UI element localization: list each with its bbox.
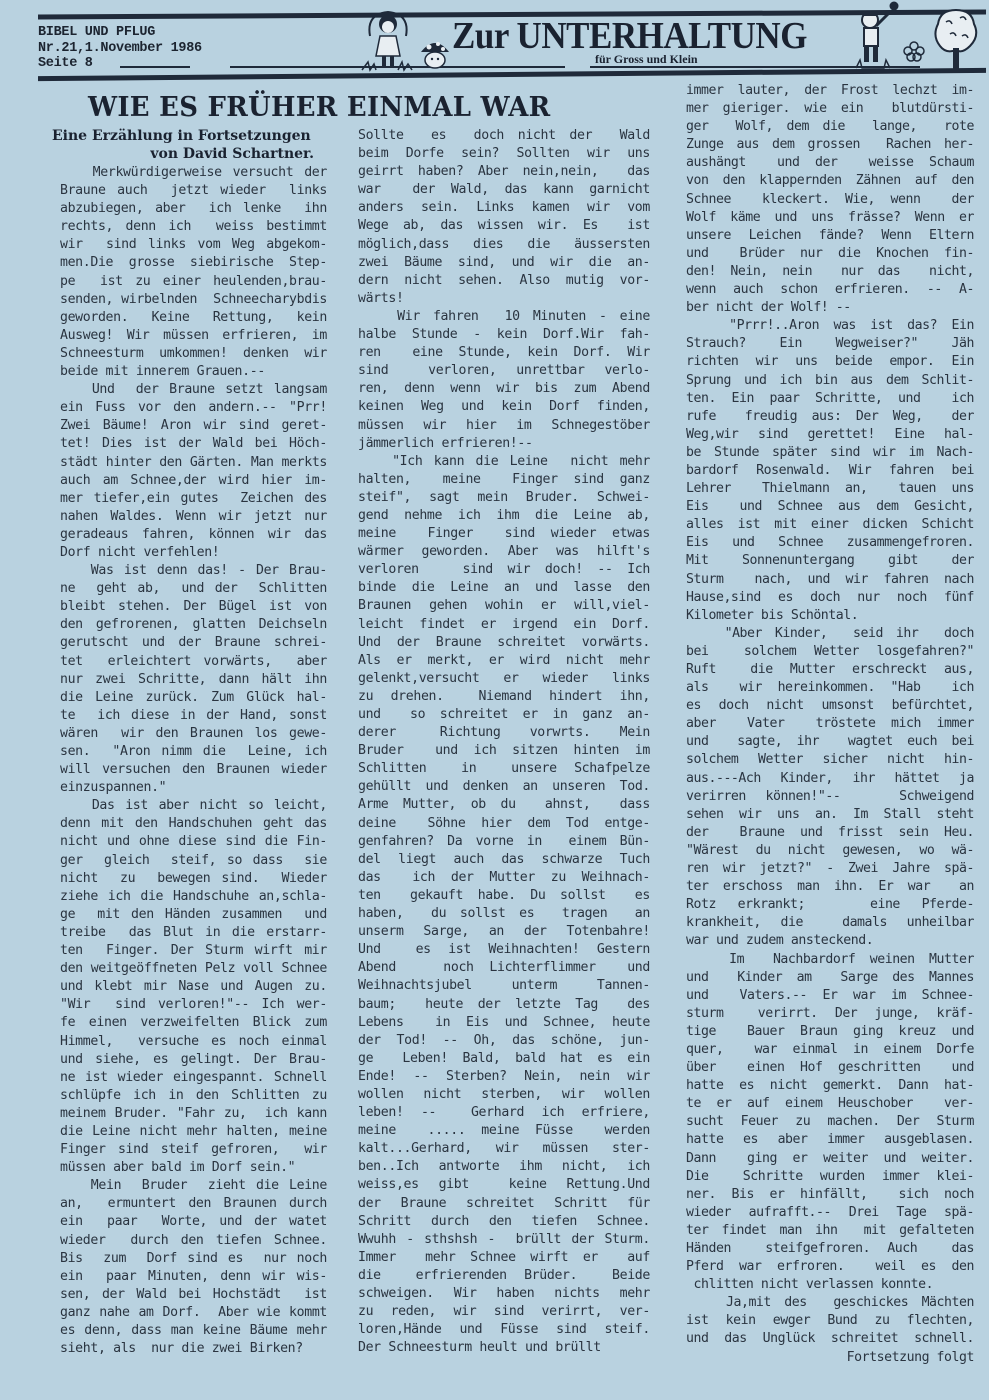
text-line: Himmel, versuche es noch einmal [60,1033,327,1051]
text-line: Und der Braune setzt langsam [60,381,327,399]
text-line: Und es ist Weihnachten! Gestern [358,941,650,959]
text-line: einzuspannen." [60,779,327,797]
text-line: ein paar Worte, und der watet [60,1213,327,1231]
text-line: derer Richtung vorwrts. Mein [358,724,650,742]
text-line: del liegt auch das schwarze Tuch [358,851,650,869]
text-line: ber nicht der Wolf! -- [686,299,974,317]
text-line: leicht findet er irgend ein Dorf. [358,616,650,634]
text-line: müssen aber bald im Dorf sein." [60,1159,327,1177]
text-line: leben! -- Gerhard ich erfriere, [358,1104,650,1122]
text-line: men.Die grosse siebirische Step- [60,254,327,272]
text-line: Zwei Bäume! Aron wir sind geret- [60,417,327,435]
text-line: ren eine Stunde, kein Dorf. Wir [358,344,650,362]
text-line: chlitten nicht verlassen konnte. [686,1276,974,1294]
text-line: krankheit, die damals unheilbar [686,914,974,932]
text-line: es denn, dass man keine Bäume mehr [60,1322,327,1340]
text-line: ge mit den Händen zusammen und [60,906,327,924]
text-line: Arme Mutter, ob du ahnst, dass [358,796,650,814]
text-line: "Ich kann die Leine nicht mehr [358,453,650,471]
text-line: Wir fahren 10 Minuten - eine [358,308,650,326]
text-line: bei solchem Wetter losgefahren?" [686,643,974,661]
text-line: nur zwei Schritte, dann hält ihn [60,671,327,689]
text-line: Und der Braune schreitet vorwärts. [358,634,650,652]
text-line: sehen wir uns an. Im Stall steht [686,806,974,824]
text-line: sen. "Aron nimm die Leine, ich [60,743,327,761]
text-line: Bis zum Dorf sind es nur noch [60,1250,327,1268]
text-line: den gefrorenen, glatten Deichseln [60,616,327,634]
text-line: jämmerlich erfrieren!-- [358,435,650,453]
text-line: Ausweg! Wir müssen erfrieren, im [60,327,327,345]
text-line: ren wir jetzt?" - Zwei Jahre spä- [686,860,974,878]
text-line: beide mit innerem Grauen.-- [60,363,327,381]
text-line: Sollte es doch nicht der Wald [358,127,650,145]
text-line: hatte es aber immer ausgeblasen. [686,1131,974,1149]
text-line: ner. Bis er hinfällt, sich noch [686,1186,974,1204]
text-line: halbe Stunde - kein Dorf.Wir fah- [358,326,650,344]
text-line: der Braune und frisst sein Heu. [686,824,974,842]
text-line: und das Unglück schreitet schnell. [686,1330,974,1348]
text-line: aushängt und der weisse Schaum [686,154,974,172]
text-line: Weg,wir sind gerettet! Eine hal- [686,426,974,444]
text-line: Schneesturm umkommen! denken wir [60,345,327,363]
text-line: Schlitten in unsere Schafpelze [358,760,650,778]
text-line: ist kein ewger Bund zu flechten, [686,1312,974,1330]
text-line: die erfrierenden Brüder. Beide [358,1267,650,1285]
text-line: be Stunde später sind wir im Nach- [686,444,974,462]
text-line: Lebens in Eis und Schnee, heute [358,1014,650,1032]
text-line: die Leine nicht mehr halten, meine [60,1123,327,1141]
text-line: und so schreitet er in ganz an- [358,706,650,724]
text-line: zwei Bäume sind, und wir die an- [358,254,650,272]
text-line: abzubiegen, aber ich lenke ihn [60,200,327,218]
text-line: ter findet man ihn mit gefalteten [686,1222,974,1240]
text-line: Bruder und ich sitzen hinten im [358,742,650,760]
text-line: es doch nicht umsonst befürchtet, [686,697,974,715]
text-line: meine Finger sind wieder etwas [358,525,650,543]
text-line: städt hinter den Gärten. Man merkts [60,454,327,472]
text-line: ger Wolf, dem die lange, rote [686,118,974,136]
text-line: haben, du sollst es tragen an [358,905,650,923]
text-line: tet erleichtert vorwärts, aber [60,653,327,671]
text-line: Mit Sonnenuntergang gibt der [686,552,974,570]
text-line: das ich der Mutter zu Weihnach- [358,869,650,887]
text-line: Dorf nicht verfehlen! [60,544,327,562]
text-line: an, ermuntert den Braunen durch [60,1195,327,1213]
text-line: Ruft die Mutter erschreckt aus, [686,661,974,679]
text-line: tet! Dies ist der Wald bei Höch- [60,435,327,453]
text-line: tige Bauer Braun ging kreuz und [686,1023,974,1041]
text-line: Wege ab, das wissen wir. Es ist [358,217,650,235]
text-line: meine ..... meine Füsse werden [358,1122,650,1140]
text-line: keinen Weg und kein Dorf finden, [358,398,650,416]
text-line: auch am Schnee,der wird hier im- [60,472,327,490]
mushroom-illustration [418,36,452,70]
text-line: ne geht ab, und der Schlitten [60,580,327,598]
text-line: müssen wir hier im Schnegestöber [358,417,650,435]
text-line: Im Nachbardorf weinen Mutter [686,951,974,969]
text-line: verirren können!"-- Schweigend [686,788,974,806]
text-line: wieder aufrafft.-- Drei Tage spä- [686,1204,974,1222]
text-line: sieht, als nur die zwei Birken? [60,1340,327,1358]
flower-illustration [903,40,925,64]
text-line: ge Leben! Bald, bald hat es ein [358,1050,650,1068]
article-column-3: immer lauter, der Frost lechzt im-mer gi… [686,82,974,1367]
text-line: nicht und ohne diese sind die Fin- [60,833,327,851]
boy-with-ball-illustration [856,0,906,72]
text-line: senden, wirbelnden Schneecharybdis [60,291,327,309]
text-line: den weitgeöffneten Pelz voll Schnee [60,960,327,978]
text-line: Strauch? Ein Wegweiser?" Jäh [686,335,974,353]
text-line: Händen steifgefroren. Auch das [686,1240,974,1258]
text-line: beim Dorfe sein? Sollten wir uns [358,145,650,163]
text-line: pe ist zu einer heulenden,brau- [60,273,327,291]
text-line: Hause,sind es doch nur noch fünf [686,589,974,607]
text-line: über einen Hof geschritten und [686,1059,974,1077]
text-line: baum; heute der letzte Tag des [358,996,650,1014]
text-line: Wolf käme und uns frässe? Wenn er [686,209,974,227]
text-line: wären wir den Braunen los gewe- [60,725,327,743]
article-subtitle-line: Eine Erzählung in Fortsetzungen [52,127,322,145]
text-line: Kilometer bis Schöntal. [686,607,974,625]
text-line: solchem Wetter sicher nicht hin- [686,751,974,769]
text-line: nicht zu bewegen sind. Wieder [60,870,327,888]
text-line: ten gekauft habe. Du sollst es [358,887,650,905]
text-line: binde die Leine an und lasse den [358,579,650,597]
text-line: den! Nein, nein nur das nicht, [686,263,974,281]
text-line: fe einen verzweifelten Blick zum [60,1014,327,1032]
text-line: ter erschoss man ihn. Er war an [686,878,974,896]
text-line: Mein Bruder zieht die Leine [60,1177,327,1195]
text-line: quer, war einmal in einem Dorfe [686,1041,974,1059]
text-line: Finger sind steif gefroren, wir [60,1141,327,1159]
text-line: und sagte, ihr wagtet euch bei [686,733,974,751]
text-line: bardorf Rosenwald. Wir fahren bei [686,462,974,480]
text-line: mer tiefer,ein gutes Zeichen des [60,490,327,508]
page-number: Seite 8 [38,56,202,72]
text-line: war und zudem ansteckend. [686,932,974,950]
article-subtitle: Eine Erzählung in Fortsetzungen von Davi… [52,127,322,163]
text-line: schlüpfe ich in den Schlitten zu [60,1087,327,1105]
text-line: halten, meine Finger sind ganz [358,471,650,489]
text-line: "Wärest du nicht gewesen, wo wä- [686,842,974,860]
text-line: gend nehme ich ihm die Leine ab, [358,507,650,525]
text-line: ziehe ich die Handschuhe an,schla- [60,888,327,906]
text-line: Weihnachtsjubel unterm Tannen- [358,977,650,995]
text-line: und siehe, es gelingt. Der Brau- [60,1051,327,1069]
article-byline: von David Schartner. [52,145,322,163]
text-line: und Kinder am Sarge des Mannes [686,969,974,987]
text-line: bleibt stehen. Der Bügel ist von [60,598,327,616]
text-line: ten Finger. Der Sturm wirft mir [60,942,327,960]
text-line: unsere Leichen fände? Wenn Eltern [686,227,974,245]
text-line: Ja,mit des geschickes Mächten [686,1294,974,1312]
text-line: und Brüder nur die Knochen fin- [686,245,974,263]
text-line: Schnee kleckert. Wie, wenn der [686,191,974,209]
text-line: gehüllt und denken an unseren Tod. [358,778,650,796]
issue-date: Nr.21,1.November 1986 [38,41,202,57]
text-line: Rotz erkrankt; eine Pferde- [686,896,974,914]
text-line: Sturm nach, und wir fahren nach [686,571,974,589]
text-line: Eis und Schnee aus dem Gesicht, [686,498,974,516]
text-line: Dann ging er weiter und weiter. [686,1150,974,1168]
text-line: ein paar Minuten, denn wir wis- [60,1268,327,1286]
text-line: Ende! -- Sterben? Nein, nein wir [358,1068,650,1086]
text-line: als wir hereinkommen. "Hab ich [686,679,974,697]
publication-info: BIBEL UND PFLUG Nr.21,1.November 1986 Se… [38,25,202,72]
section-subtitle: für Gross und Klein [595,52,698,67]
text-line: wieder durch den tiefen Schnee. [60,1232,327,1250]
text-line: ganz nahe am Dorf. Aber wie kommt [60,1304,327,1322]
text-line: wenn auch schon erfrieren. -- A- [686,281,974,299]
article-column-2: Sollte es doch nicht der Waldbeim Dorfe … [358,127,650,1357]
text-line: rufe freudig aus: Der Weg, der [686,408,974,426]
text-line: zu drehen. Niemand hindert ihn, [358,688,650,706]
text-line: wollen nicht sterben, wir wollen [358,1086,650,1104]
text-line: denn mit den Handschuhen geht das [60,815,327,833]
text-line: gelenkt,versucht er wieder links [358,670,650,688]
text-line: schweigen. Wir haben nichts mehr [358,1285,650,1303]
text-line: gerutscht und der Braune schrei- [60,634,327,652]
text-line: sen, der Wald bei Hochstädt ist [60,1286,327,1304]
text-line: die Leine zurück. Zum Glück hal- [60,689,327,707]
text-line: Braunen gehen wohin er will,viel- [358,597,650,615]
text-line: geirrt haben? Aber nein,nein, das [358,163,650,181]
text-line: kalt...Gerhard, wir müssen ster- [358,1140,650,1158]
text-line: immer lauter, der Frost lechzt im- [686,82,974,100]
text-line: wärmer geworden. Aber was hilft's [358,543,650,561]
text-line: und Vaters.-- Er war im Schnee- [686,987,974,1005]
text-line: "Prrr!..Aron was ist das? Ein [686,317,974,335]
text-line: treibe das Blut in die erstarr- [60,924,327,942]
text-line: "Wir sind verloren!"-- Ich wer- [60,996,327,1014]
text-line: sind verloren, unrettbar verlo- [358,362,650,380]
tree-illustration [932,6,980,74]
text-line: ne ist wieder eingespannt. Schnell [60,1069,327,1087]
text-line: ein Fuss vor den andern.-- "Prr! [60,399,327,417]
text-line: Das ist aber nicht so leicht, [60,797,327,815]
text-line: Abend noch Lichterflimmer und [358,959,650,977]
text-line: sucht Feuer zu machen. Der Sturm [686,1113,974,1131]
text-line: wir sind links vom Weg abgekom- [60,236,327,254]
text-line: der Braune schreitet Schritt für [358,1195,650,1213]
text-line: Schritt durch den tiefen Schnee. [358,1213,650,1231]
text-line: anders sein. Links kamen wir vom [358,199,650,217]
text-line: aber Vater tröstete mich immer [686,715,974,733]
text-line: Sprung und ich bin aus dem Schlit- [686,372,974,390]
text-line: Braune auch jetzt wieder links [60,182,327,200]
text-line: Was ist denn das! - Der Brau- [60,562,327,580]
publication-name: BIBEL UND PFLUG [38,25,202,41]
text-line: sturm verirrt. Der junge, kräf- [686,1005,974,1023]
text-line: ten. Ein paar Schritte, und ich [686,390,974,408]
text-line: ger gleich steif, so dass sie [60,852,327,870]
text-line: und klebt mir Nase und Augen zu. [60,978,327,996]
text-line: geworden. Keine Rettung, kein [60,309,327,327]
text-line: Merkwürdigerweise versucht der [60,164,327,182]
article-column-1: Merkwürdigerweise versucht derBraune auc… [60,164,327,1358]
text-line: Als er merkt, er wird nicht mehr [358,652,650,670]
text-line: Lehrer Thielmann an, tauen uns [686,480,974,498]
text-line: aus.---Ach Kinder, ihr hättet ja [686,770,974,788]
text-line: unserm Sarge, an der Totenbahre! [358,923,650,941]
text-line: weiss,es gibt keine Rettung.Und [358,1176,650,1194]
text-line: Eis und Schnee zusammengefroren. [686,534,974,552]
text-line: wärts! [358,290,650,308]
text-line: geradeaus fahren, können wir das [60,526,327,544]
text-line: ren, denn wenn wir bis zum Abend [358,380,650,398]
text-line: rechts, denn ich weiss bestimmt [60,218,327,236]
text-line: deine Söhne hier dem Tod entge- [358,815,650,833]
text-line: meinem Bruder. "Fahr zu, ich kann [60,1105,327,1123]
text-line: Immer mehr Schnee wirft er auf [358,1249,650,1267]
text-line: loren,Hände und Füsse sind steif. [358,1321,650,1339]
text-line: zu reden, wir sind verirrt, ver- [358,1303,650,1321]
text-line: Wwuhh - sthshsh - brüllt der Sturm. [358,1231,650,1249]
text-line: dern nicht sehen. Also mutig vor- [358,272,650,290]
text-line: war der Wald, das kann garnicht [358,181,650,199]
text-line: will versuchen den Braunen wieder [60,761,327,779]
text-line: mer gieriger. wie ein blutdürsti- [686,100,974,118]
text-line: nahen Waldes. Wenn wir jetzt nur [60,508,327,526]
text-line: Der Schneesturm heult und brüllt [358,1339,650,1357]
text-line: ben..Ich antworte ihm nicht, ich [358,1158,650,1176]
text-line: richten wir uns beide empor. Ein [686,353,974,371]
text-line: von den klappernden Zähnen auf den [686,172,974,190]
text-line: alles ist mit einer dicken Schicht [686,516,974,534]
text-line: verloren sind wir doch! -- Ich [358,561,650,579]
girl-illustration [360,6,416,72]
text-line: Die Schritte wurden immer klei- [686,1168,974,1186]
text-line: te er auf einem Heuschober ver- [686,1095,974,1113]
text-line: genfahren? Da vorne in einem Bün- [358,833,650,851]
text-line: der Tod! -- Oh, das schöne, jun- [358,1032,650,1050]
text-line: hatte es nicht gemerkt. Dann hat- [686,1077,974,1095]
text-line: te ich diese in der Hand, sonst [60,707,327,725]
text-line: Zunge aus dem grossen Rachen her- [686,136,974,154]
text-line: steif", sagt mein Bruder. Schwei- [358,489,650,507]
masthead: BIBEL UND PFLUG Nr.21,1.November 1986 Se… [0,0,989,84]
article-headline: WIE ES FRÜHER EINMAL WAR [88,92,551,123]
text-line: Fortsetzung folgt [686,1349,974,1367]
text-line: möglich,dass dies die äussersten [358,236,650,254]
text-line: Pferd war erfroren. weil es den [686,1258,974,1276]
text-line: "Aber Kinder, seid ihr doch [686,625,974,643]
